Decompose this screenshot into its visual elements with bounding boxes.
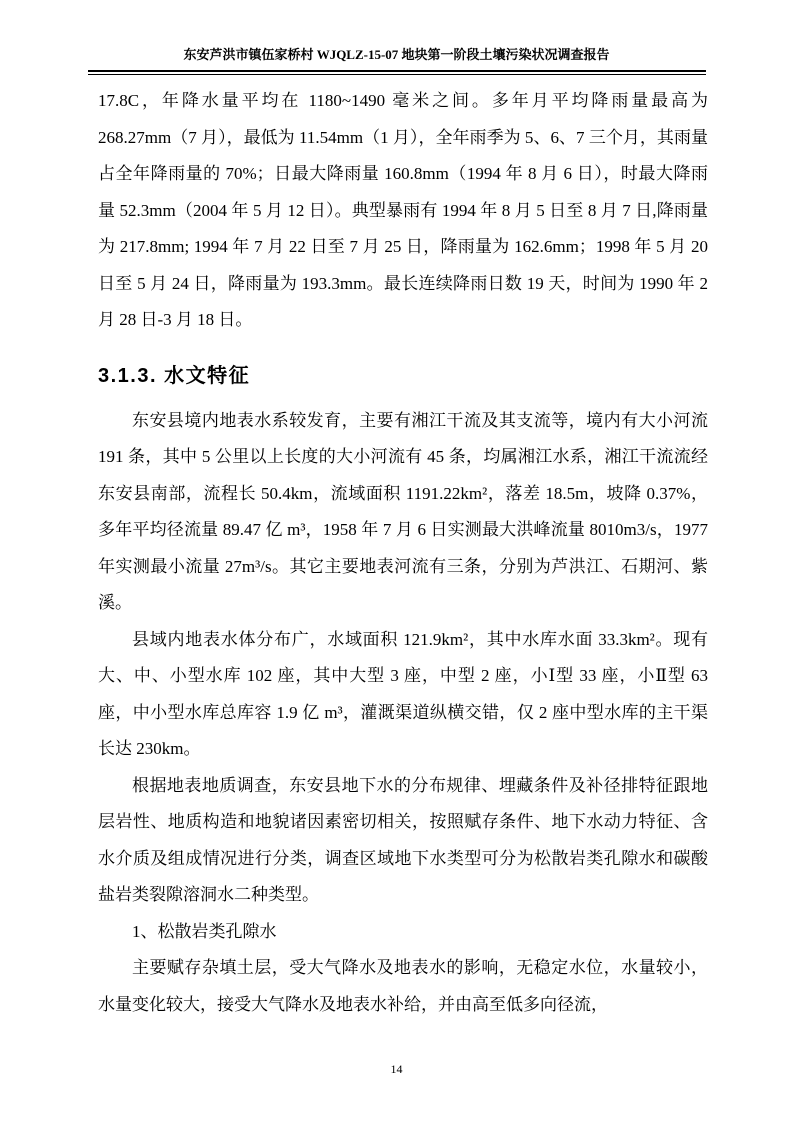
page-number: 14: [391, 1062, 403, 1076]
list-item-pore-water: 1、松散岩类孔隙水: [98, 914, 708, 951]
paragraph-water-bodies: 县域内地表水体分布广，水域面积 121.9km²，其中水库水面 33.3km²。…: [98, 622, 708, 768]
page-header: 东安芦洪市镇伍家桥村 WJQLZ-15-07 地块第一阶段土壤污染状况调查报告: [0, 0, 793, 75]
paragraph-surface-water: 东安县境内地表水系较发育，主要有湘江干流及其支流等，境内有大小河流 191 条，…: [98, 403, 708, 622]
document-page: 东安芦洪市镇伍家桥村 WJQLZ-15-07 地块第一阶段土壤污染状况调查报告 …: [0, 0, 793, 1122]
paragraph-pore-water: 主要赋存杂填土层，受大气降水及地表水的影响，无稳定水位，水量较小，水量变化较大，…: [98, 950, 708, 1023]
paragraph-groundwater: 根据地表地质调查，东安县地下水的分布规律、埋藏条件及补径排特征跟地层岩性、地质构…: [98, 768, 708, 914]
page-footer: 14: [0, 1060, 793, 1078]
header-title: 东安芦洪市镇伍家桥村 WJQLZ-15-07 地块第一阶段土壤污染状况调查报告: [0, 0, 793, 63]
section-heading: 3.1.3. 水文特征: [98, 363, 708, 389]
document-body: 17.8C，年降水量平均在 1180~1490 毫米之间。多年月平均降雨量最高为…: [98, 83, 708, 1023]
header-double-rule: [88, 70, 706, 75]
paragraph-climate: 17.8C，年降水量平均在 1180~1490 毫米之间。多年月平均降雨量最高为…: [98, 83, 708, 339]
